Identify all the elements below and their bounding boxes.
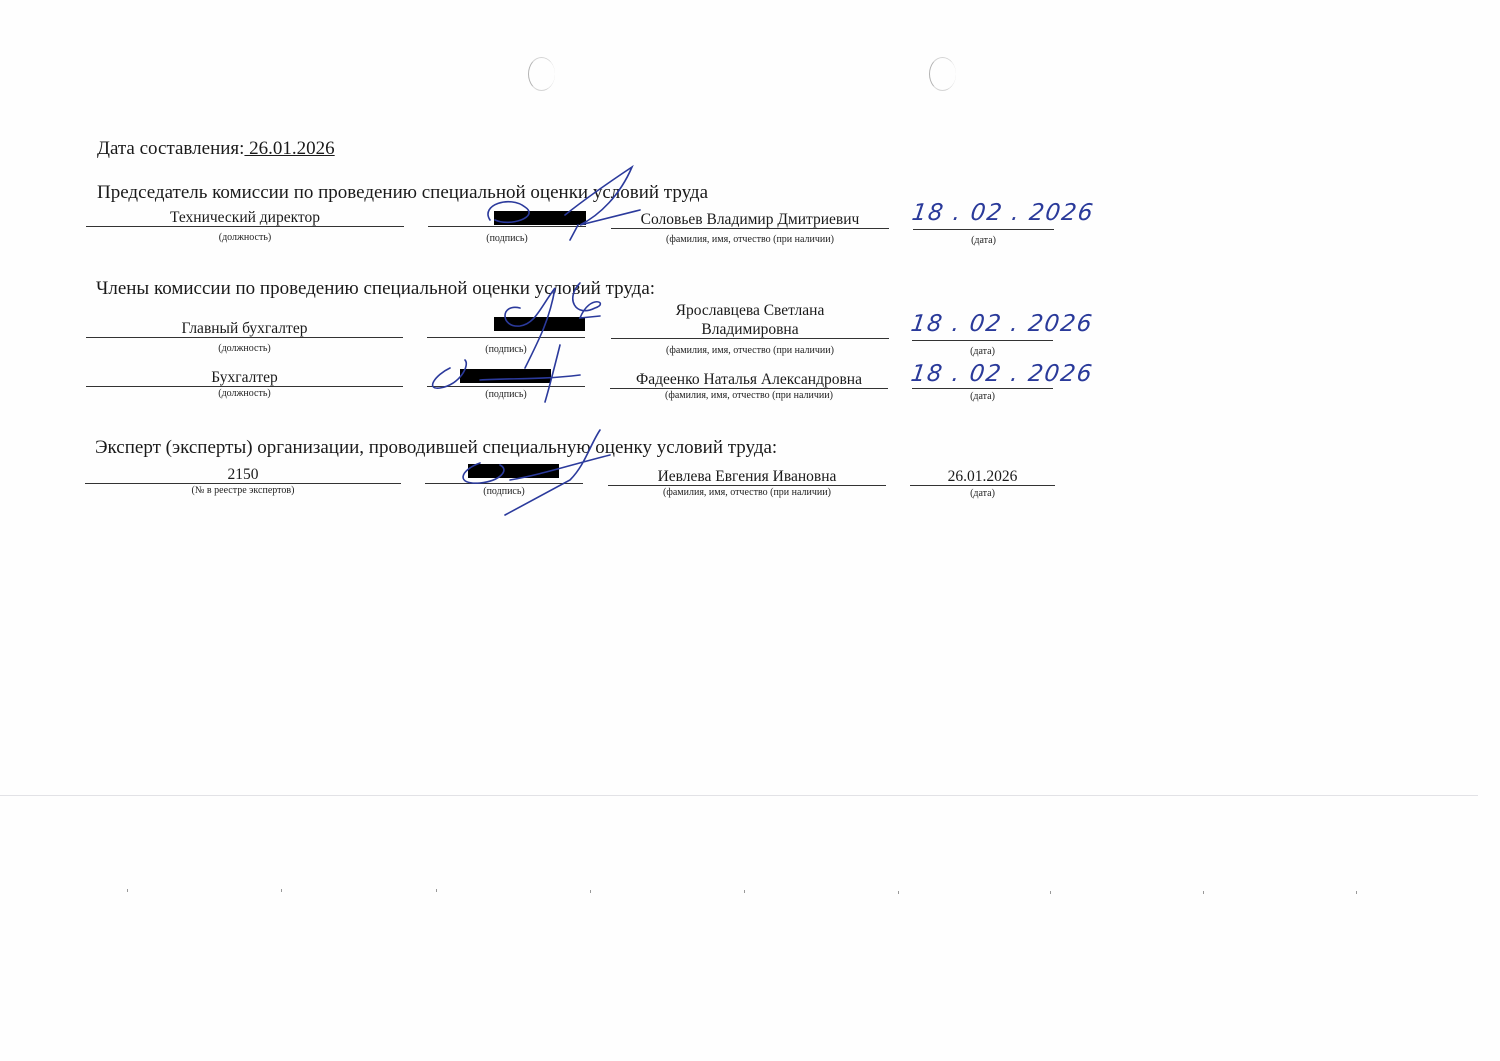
member-2-full-name: Фадеенко Наталья Александровна: [610, 371, 888, 389]
expert-date: 26.01.2026: [910, 468, 1055, 486]
member-1-full-name-line1: Ярославцева Светлана: [611, 301, 889, 321]
caption-registry: (№ в реестре экспертов): [85, 485, 401, 496]
member-2-date-handwritten: 18 . 02 . 2026: [909, 361, 1095, 387]
caption-date: (дата): [912, 346, 1053, 357]
caption-position: (должность): [86, 343, 403, 354]
members-heading: Члены комиссии по проведению специальной…: [96, 278, 655, 300]
scan-mark: [1356, 891, 1357, 894]
redaction-bar: [494, 211, 586, 225]
caption-date: (дата): [913, 235, 1054, 246]
scan-mark: [281, 889, 282, 892]
expert-heading: Эксперт (эксперты) организации, проводив…: [95, 437, 777, 459]
hole-punch-right: [929, 57, 956, 91]
expert-full-name: Иевлева Евгения Ивановна: [608, 468, 886, 486]
caption-signature: (подпись): [428, 233, 586, 244]
caption-full-name: (фамилия, имя, отчество (при наличии): [611, 345, 889, 356]
page-fold-line: [0, 795, 1478, 796]
caption-position: (должность): [86, 388, 403, 399]
chair-heading: Председатель комиссии по проведению спец…: [97, 182, 708, 204]
compilation-date-value: 26.01.2026: [244, 138, 334, 159]
expert-registry-number: 2150: [85, 466, 401, 484]
scan-mark: [590, 890, 591, 893]
chair-full-name: Соловьев Владимир Дмитриевич: [611, 211, 889, 229]
caption-date: (дата): [912, 391, 1053, 402]
caption-full-name: (фамилия, имя, отчество (при наличии): [608, 487, 886, 498]
scan-mark: [127, 889, 128, 892]
scan-mark: [436, 889, 437, 892]
chair-date-handwritten: 18 . 02 . 2026: [910, 200, 1096, 226]
caption-signature: (подпись): [427, 344, 585, 355]
scan-mark: [744, 890, 745, 893]
caption-date: (дата): [910, 488, 1055, 499]
chair-position: Технический директор: [86, 209, 404, 227]
member-1-date-handwritten: 18 . 02 . 2026: [909, 311, 1095, 337]
caption-position: (должность): [86, 232, 404, 243]
member-1-position: Главный бухгалтер: [86, 320, 403, 338]
scan-mark: [1203, 891, 1204, 894]
redaction-bar: [468, 464, 559, 478]
redaction-bar: [494, 317, 585, 331]
compilation-date-line: Дата составления: 26.01.2026: [97, 138, 335, 160]
member-2-position: Бухгалтер: [86, 369, 403, 387]
scan-mark: [898, 891, 899, 894]
redaction-bar: [460, 369, 551, 383]
caption-full-name: (фамилия, имя, отчество (при наличии): [610, 390, 888, 401]
member-1-full-name-line2: Владимировна: [611, 321, 889, 339]
caption-full-name: (фамилия, имя, отчество (при наличии): [611, 234, 889, 245]
hole-punch-left: [528, 57, 555, 91]
caption-signature: (подпись): [425, 486, 583, 497]
scan-mark: [1050, 891, 1051, 894]
compilation-date-label: Дата составления:: [97, 138, 244, 159]
caption-signature: (подпись): [427, 389, 585, 400]
